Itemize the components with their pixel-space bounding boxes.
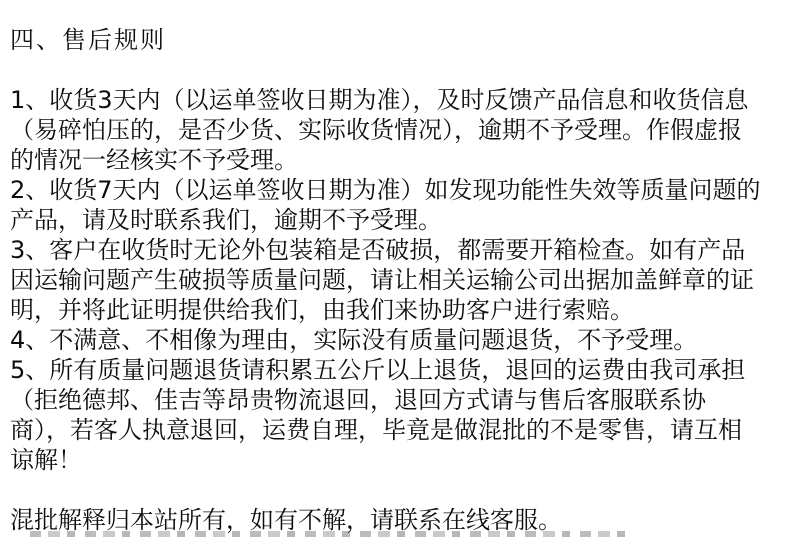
- rules-line: 产品，请及时联系我们，逾期不予受理。: [10, 205, 786, 235]
- rules-line: （拒绝德邦、佳吉等昂贵物流退回，退回方式请与售后客服联系协: [10, 385, 786, 415]
- rules-line: （易碎怕压的，是否少货、实际收货情况），逾期不予受理。作假虚报: [10, 115, 786, 145]
- rules-line: 5、所有质量问题退货请积累五公斤以上退货，退回的运费由我司承担: [10, 355, 786, 385]
- rules-line: 4、不满意、不相像为理由，实际没有质量问题退货，不予受理。: [10, 325, 786, 355]
- rules-line: 谅解！: [10, 445, 786, 475]
- document-title: 四、售后规则: [10, 25, 786, 55]
- rules-line: 1、收货3天内（以运单签收日期为准），及时反馈产品信息和收货信息: [10, 85, 786, 115]
- after-sales-rules-document: 四、售后规则 1、收货3天内（以运单签收日期为准），及时反馈产品信息和收货信息（…: [0, 0, 790, 550]
- rules-line: 3、客户在收货时无论外包装箱是否破损，都需要开箱检查。如有产品: [10, 235, 786, 265]
- rules-line: 因运输问题产生破损等质量问题，请让相关运输公司出据加盖鲜章的证: [10, 265, 786, 295]
- rules-text-block: 1、收货3天内（以运单签收日期为准），及时反馈产品信息和收货信息（易碎怕压的，是…: [10, 85, 786, 475]
- cutoff-text-sliver: [30, 531, 634, 537]
- rules-line: 商），若客人执意退回，运费自理，毕竟是做混批的不是零售，请互相: [10, 415, 786, 445]
- blank-line: [10, 55, 786, 85]
- rules-line: 明，并将此证明提供给我们，由我们来协助客户进行索赔。: [10, 295, 786, 325]
- blank-line: [10, 475, 786, 505]
- rules-line: 2、收货7天内（以运单签收日期为准）如发现功能性失效等质量问题的: [10, 175, 786, 205]
- rules-line: 的情况一经核实不予受理。: [10, 145, 786, 175]
